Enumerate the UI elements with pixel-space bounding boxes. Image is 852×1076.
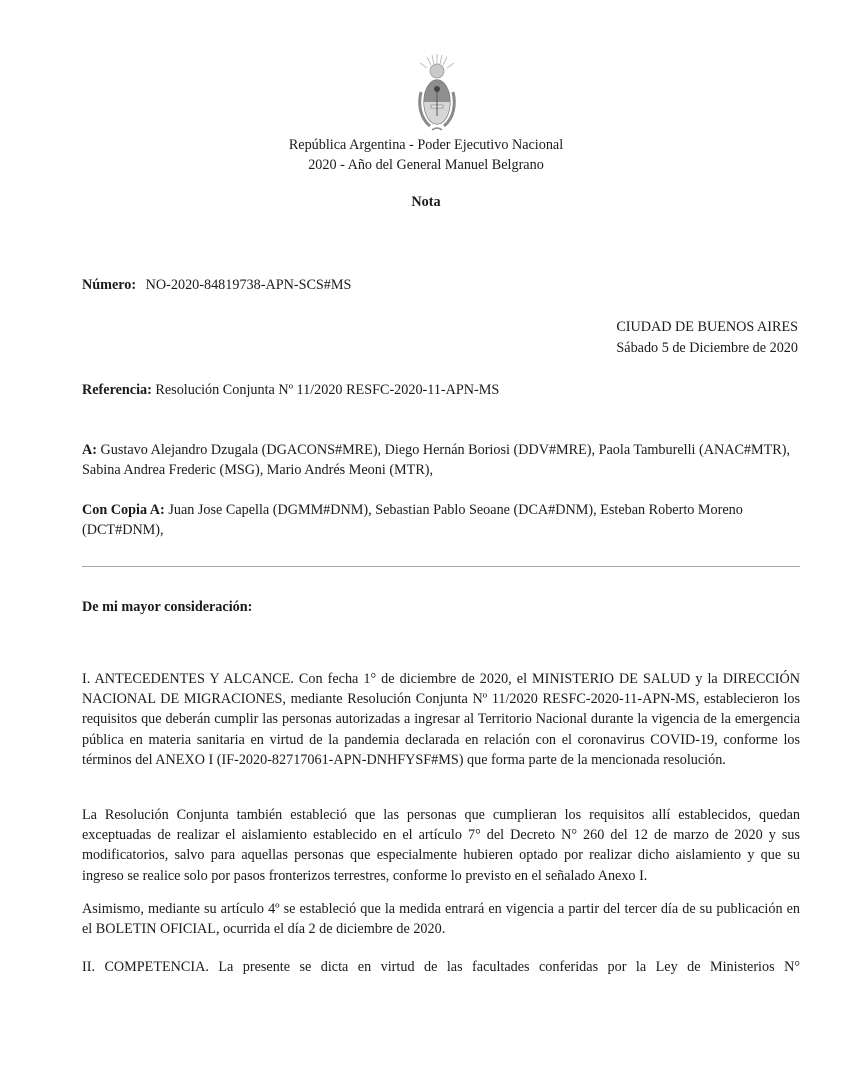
- numero-value: NO-2020-84819738-APN-SCS#MS: [146, 277, 352, 293]
- header-republic-line: República Argentina - Poder Ejecutivo Na…: [0, 135, 852, 155]
- to-label: A:: [82, 442, 97, 458]
- paragraph-resolucion: La Resolución Conjunta también estableci…: [82, 805, 800, 886]
- place-and-date: CIUDAD DE BUENOS AIRES Sábado 5 de Dicie…: [616, 317, 798, 359]
- date: Sábado 5 de Diciembre de 2020: [616, 338, 798, 359]
- numero-label: Número:: [82, 277, 136, 293]
- paragraph-competencia: II. COMPETENCIA. La presente se dicta en…: [82, 957, 800, 977]
- to-value: Gustavo Alejandro Dzugala (DGACONS#MRE),…: [82, 442, 790, 478]
- paragraph-antecedentes: I. ANTECEDENTES Y ALCANCE. Con fecha 1° …: [82, 669, 800, 770]
- recipients-to: A: Gustavo Alejandro Dzugala (DGACONS#MR…: [82, 440, 800, 480]
- document-type-title: Nota: [0, 194, 852, 211]
- cc-label: Con Copia A:: [82, 502, 165, 518]
- document-number: Número: NO-2020-84819738-APN-SCS#MS: [82, 275, 351, 295]
- greeting: De mi mayor consideración:: [82, 597, 252, 617]
- city: CIUDAD DE BUENOS AIRES: [616, 317, 798, 338]
- document-page: República Argentina - Poder Ejecutivo Na…: [0, 0, 852, 1076]
- paragraph-vigencia: Asimismo, mediante su artículo 4º se est…: [82, 899, 800, 939]
- argentina-coat-of-arms-icon: [412, 52, 462, 134]
- recipients-cc: Con Copia A: Juan Jose Capella (DGMM#DNM…: [82, 500, 800, 540]
- cc-value: Juan Jose Capella (DGMM#DNM), Sebastian …: [82, 502, 743, 538]
- reference: Referencia: Resolución Conjunta Nº 11/20…: [82, 380, 499, 400]
- section-divider: [82, 566, 800, 567]
- referencia-label: Referencia:: [82, 382, 152, 398]
- header-year-line: 2020 - Año del General Manuel Belgrano: [0, 155, 852, 175]
- referencia-value: Resolución Conjunta Nº 11/2020 RESFC-202…: [155, 382, 499, 398]
